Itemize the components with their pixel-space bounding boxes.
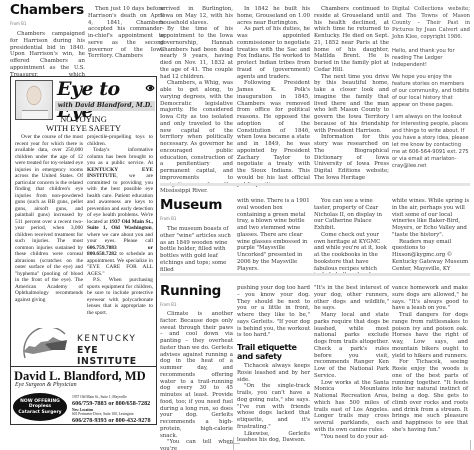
paragraph: By the time of his appointment to the Io… [160, 26, 233, 80]
paragraph: Over the course of the most recent year … [15, 134, 83, 303]
museum-jump-from: From B1 [160, 216, 176, 221]
phone-maysville: 606/759-7883 or 800/658-7282 [72, 400, 150, 407]
paragraph: arrived in Burlington, Iowa on May 12, w… [160, 6, 233, 26]
chambers-col-3: arrived in Burlington, Iowa on May 12, w… [160, 6, 233, 195]
paragraph: The museum boasts of other "wine" articl… [160, 226, 233, 273]
running-subhead: Trail etiquette and safety [237, 343, 310, 361]
paragraph: Likewise, Gerleits leashes his dog, Daws… [237, 431, 310, 445]
paragraph: Following President James K. Polk's inau… [237, 80, 310, 188]
section-divider [160, 183, 470, 186]
museum-col-4: white wines. While spring is in the air,… [392, 198, 470, 272]
paragraph: white wines. While spring is in the air,… [392, 198, 470, 239]
paragraph: pushing your dog too hard – you know you… [237, 285, 310, 339]
address-maysville: 1937 Old Main St., Suite 1, Maysville [72, 395, 127, 399]
paragraph: As part of his duties, he was appointed … [237, 26, 310, 80]
museum-headline: Museum [160, 197, 222, 213]
crop-mark [227, 443, 240, 444]
doctor-title: Eye Surgeon & Physician [15, 382, 77, 388]
paragraph: Then just 10 days before Harrison's deat… [88, 6, 164, 60]
ad-subtitle: with David Blandford, M.D. [55, 101, 155, 111]
chambers-headline: Chambers [10, 2, 84, 18]
editor-note: Digital Collections website; and The Tow… [392, 6, 470, 175]
paragraph: For Tichacek, seeing Rosie enjoy the woo… [392, 359, 468, 433]
paragraph: Today's informative column has been brou… [87, 147, 153, 277]
text: , we are committed to providing you with… [87, 173, 153, 225]
paragraph: Climate is another factor. Because dogs … [160, 311, 233, 439]
paragraph: with wine. There is a 1901 oval wooden b… [237, 198, 310, 272]
paragraph: Come check out your own heritage at KYGM… [314, 232, 389, 279]
paragraph: Chambers, a Whig, was able to get along,… [160, 80, 233, 195]
paragraph: Hello, and thank you for reading The Led… [392, 48, 470, 69]
headline-line-2: WITH EYE SAFETY [11, 124, 156, 133]
paragraph: Many local and state parks require that … [314, 312, 389, 380]
museum-col-2: with wine. There is a 1901 oval wooden b… [237, 198, 310, 272]
running-headline: Running [160, 283, 221, 299]
paragraph: Digital Collections website; and The Tow… [392, 6, 470, 41]
logo-line-2: EYE INSTITUTE [77, 345, 156, 367]
text: Today's informative column has been brou… [87, 147, 153, 166]
paragraph: The next time you drive by this beautifu… [314, 74, 389, 135]
museum-col-1: The museum boasts of other "wine" articl… [160, 226, 233, 273]
running-col-2: pushing your dog too hard – you know you… [237, 285, 310, 444]
paragraph: "You can tell when you're [160, 439, 233, 450]
chambers-col-2: Then just 10 days before Harrison's deat… [88, 6, 164, 60]
paragraph: Tichacek always keeps Rosie leashed and … [237, 363, 310, 383]
paragraph: We hope you enjoy the feature stories on… [392, 74, 470, 109]
doctor-photo [15, 80, 53, 120]
kentucky-logo-icon [15, 328, 75, 364]
paragraph: I am always on the lookout for interesti… [392, 114, 470, 170]
eye-icon [145, 83, 155, 93]
ad-column-right: projectile-propelling toys to children. … [87, 134, 153, 316]
paragraph: projectile-propelling toys to children. [87, 134, 153, 147]
paragraph: vance homework and make sure dogs are al… [392, 285, 468, 312]
badge-line-3: Cataract Surgery [13, 410, 67, 415]
dropless-surgery-badge: NOW OFFERING Dropless Cataract Surgery [13, 393, 67, 421]
paragraph: Chambers continued to reside at Grousela… [314, 6, 389, 74]
paragraph: Trail dangers for dogs range from rattle… [392, 312, 468, 359]
crop-mark [470, 440, 471, 450]
ad-headline: NO TOYING WITH EYE SAFETY [11, 115, 156, 133]
paragraph: Readers may email questions to Hixson@ky… [392, 239, 470, 273]
paragraph: "It's in the best interest of your dog, … [314, 285, 389, 312]
paragraph: Information for this story was researche… [314, 134, 389, 181]
paragraph: P.S. When purchasing sports equipment fo… [87, 277, 153, 316]
section-divider [160, 273, 470, 276]
running-col-4: vance homework and make sure dogs are al… [392, 285, 468, 434]
phone-lexington: 606/278-9393 or 800-432-9278 [72, 417, 151, 424]
ad-column-left: Over the course of the most recent year … [15, 134, 83, 303]
running-col-1: Climate is another factor. Because dogs … [160, 311, 233, 450]
eye-institute-ad: Eye to Eye with David Blandford, M.D. NO… [10, 76, 157, 425]
chambers-jump-from: From B1 [10, 21, 26, 26]
ad-divider [11, 366, 156, 367]
paragraph: You can see a wine taster, property of C… [314, 198, 389, 232]
paragraph: "You need to do your ad- [314, 434, 389, 441]
running-col-3: "It's in the best interest of your dog, … [314, 285, 389, 440]
logo-line-1: KENTUCKY [77, 334, 137, 344]
chambers-col-4: In 1842 he built his home, Grouseland on… [237, 6, 310, 188]
paragraph: Low works at the Santa Monica Mountains … [314, 380, 389, 434]
running-jump-from: From B1 [160, 302, 176, 307]
address-lexington: 601 Perimeter Drive, Suite 100, Lexingto… [72, 412, 133, 416]
paragraph: In 1842 he built his home, Grouseland on… [237, 6, 310, 26]
paragraph: "On the single-track trails, you can't h… [237, 383, 310, 430]
museum-col-3: You can see a wine taster, property of C… [314, 198, 389, 279]
chambers-col-5: Chambers continued to reside at Grousela… [314, 6, 389, 182]
